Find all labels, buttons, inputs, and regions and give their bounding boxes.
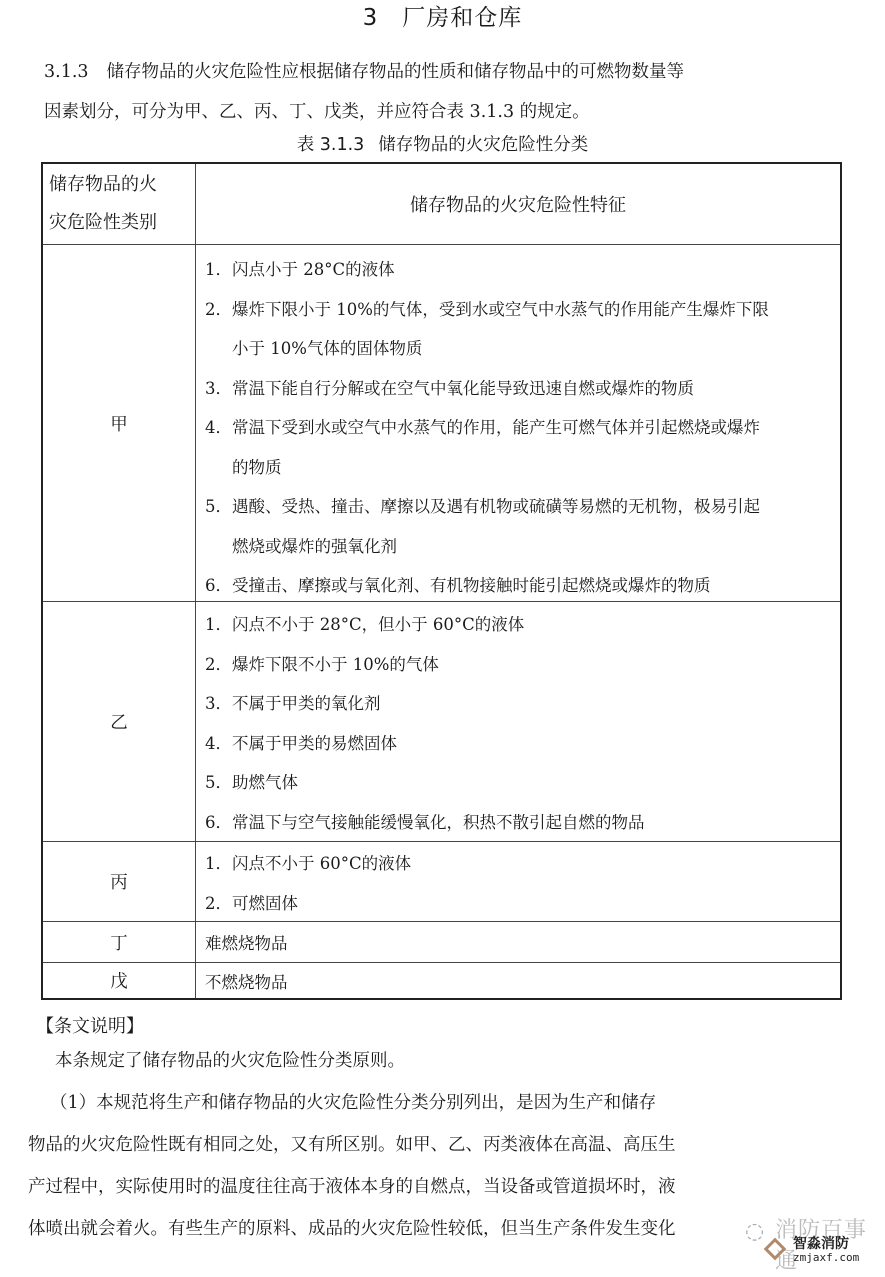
explanation-heading: 【条文说明】 <box>36 1012 144 1042</box>
table-row-wu: 戊 不燃烧物品 <box>43 963 840 998</box>
feature-cell: 1．闪点不小于 60°C的液体 2．可燃固体 <box>196 842 840 921</box>
watermark: ◌ 消防百事通 智淼消防 zmjaxf.com <box>745 1213 885 1273</box>
explanation-paragraph: 物品的火灾危险性既有相同之处，又有所区别。如甲、乙、丙类液体在高温、高压生 <box>28 1124 848 1166</box>
header-feature-cell: 储存物品的火灾危险性特征 <box>196 164 840 244</box>
category-cell: 丙 <box>43 842 196 921</box>
clause-line-1: 储存物品的火灾危险性应根据储存物品的性质和储存物品中的可燃物数量等 <box>107 62 685 82</box>
watermark-brand: 智淼消防 <box>793 1233 849 1253</box>
feature-item: 2．爆炸下限小于 10%的气体，受到水或空气中水蒸气的作用能产生爆炸下限小于 1… <box>205 290 840 369</box>
table-row-yi: 乙 1．闪点不小于 28°C，但小于 60°C的液体 2．爆炸下限不小于 10%… <box>43 602 840 842</box>
category-cell: 丁 <box>43 922 196 962</box>
chapter-title: 3 厂房和仓库 <box>0 2 885 34</box>
feature-cell: 不燃烧物品 <box>196 963 840 998</box>
feature-item: 1．闪点不小于 60°C的液体 <box>205 844 840 884</box>
table-row-bing: 丙 1．闪点不小于 60°C的液体 2．可燃固体 <box>43 842 840 922</box>
feature-item: 5．遇酸、受热、撞击、摩擦以及遇有机物或硫磺等易燃的无机物，极易引起燃烧或爆炸的… <box>205 487 840 566</box>
feature-cell: 难燃烧物品 <box>196 922 840 962</box>
explanation-paragraph: 产过程中，实际使用时的温度往往高于液体本身的自燃点，当设备或管道损坏时，液 <box>28 1166 848 1208</box>
category-cell: 甲 <box>43 245 196 601</box>
feature-item: 3．不属于甲类的氧化剂 <box>205 684 840 724</box>
feature-text: 不燃烧物品 <box>205 963 840 998</box>
clause-number: 3.1.3 <box>44 62 89 82</box>
explanation-paragraph: （1）本规范将生产和储存物品的火灾危险性分类分别列出，是因为生产和储存 <box>50 1082 870 1124</box>
feature-item: 2．可燃固体 <box>205 884 840 924</box>
table-header-row: 储存物品的火 灾危险性类别 储存物品的火灾危险性特征 <box>43 164 840 245</box>
table-row-jia: 甲 1．闪点小于 28°C的液体 2．爆炸下限小于 10%的气体，受到水或空气中… <box>43 245 840 602</box>
clause-text-line-2: 因素划分，可分为甲、乙、丙、丁、戊类，并应符合表 3.1.3 的规定。 <box>44 92 844 132</box>
feature-item: 5．助燃气体 <box>205 763 840 803</box>
table-caption: 表 3.1.3储存物品的火灾危险性分类 <box>0 128 885 162</box>
header-category-line-2: 灾危险性类别 <box>49 204 157 242</box>
table-row-ding: 丁 难燃烧物品 <box>43 922 840 963</box>
feature-cell: 1．闪点不小于 28°C，但小于 60°C的液体 2．爆炸下限不小于 10%的气… <box>196 602 840 841</box>
category-cell: 乙 <box>43 602 196 841</box>
feature-item: 3．常温下能自行分解或在空气中氧化能导致迅速自燃或爆炸的物质 <box>205 369 840 409</box>
feature-item: 6．常温下与空气接触能缓慢氧化，积热不散引起自燃的物品 <box>205 803 840 843</box>
feature-item: 6．受撞击、摩擦或与氧化剂、有机物接触时能引起燃烧或爆炸的物质 <box>205 566 840 606</box>
feature-item: 1．闪点小于 28°C的液体 <box>205 250 840 290</box>
feature-item: 4．不属于甲类的易燃固体 <box>205 724 840 764</box>
header-category-line-1: 储存物品的火 <box>49 166 157 204</box>
feature-item: 1．闪点不小于 28°C，但小于 60°C的液体 <box>205 605 840 645</box>
wechat-icon: ◌ <box>745 1219 764 1244</box>
feature-text: 难燃烧物品 <box>205 922 840 962</box>
hazard-classification-table: 储存物品的火 灾危险性类别 储存物品的火灾危险性特征 甲 1．闪点小于 28°C… <box>41 162 842 1000</box>
category-cell: 戊 <box>43 963 196 998</box>
feature-cell: 1．闪点小于 28°C的液体 2．爆炸下限小于 10%的气体，受到水或空气中水蒸… <box>196 245 840 601</box>
clause-text-line-1: 3.1.3储存物品的火灾危险性应根据储存物品的性质和储存物品中的可燃物数量等 <box>44 52 844 92</box>
feature-item: 4．常温下受到水或空气中水蒸气的作用，能产生可燃气体并引起燃烧或爆炸的物质 <box>205 408 840 487</box>
explanation-paragraph: 体喷出就会着火。有些生产的原料、成品的火灾危险性较低，但当生产条件发生变化 <box>28 1208 848 1250</box>
watermark-url: zmjaxf.com <box>793 1251 859 1264</box>
feature-item: 2．爆炸下限不小于 10%的气体 <box>205 645 840 685</box>
header-category-cell: 储存物品的火 灾危险性类别 <box>43 164 196 244</box>
table-number: 表 3.1.3 <box>297 135 365 155</box>
explanation-paragraph: 本条规定了储存物品的火灾危险性分类原则。 <box>55 1040 875 1082</box>
table-title: 储存物品的火灾危险性分类 <box>378 135 588 155</box>
